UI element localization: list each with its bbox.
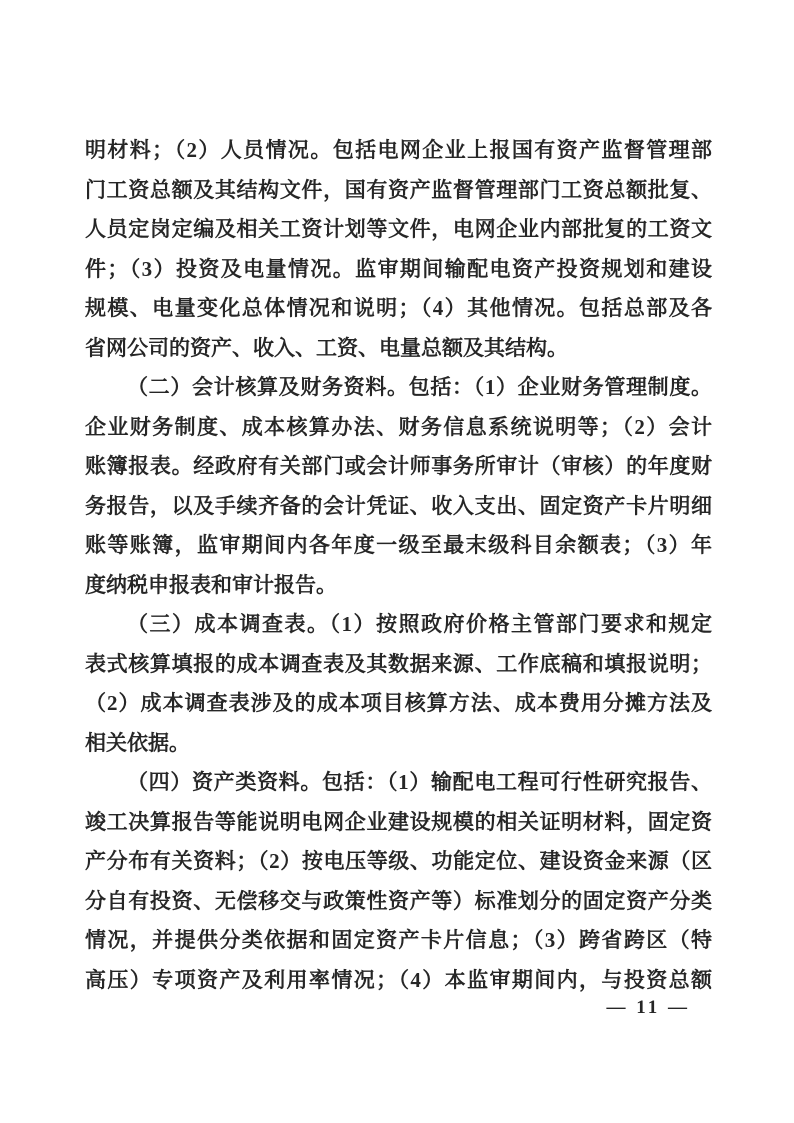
page-number: — 11 — [607,997,690,1019]
paragraph-continuation: 明材料；（2）人员情况。包括电网企业上报国有资产监督管理部 门工资总额及其结构文… [85,131,712,368]
text-line: （三）成本调查表。（1）按照政府价格主管部门要求和规定 [85,605,712,645]
text-line: 人员定岗定编及相关工资计划等文件，电网企业内部批复的工资文 [85,210,712,250]
paragraph-item-3: （三）成本调查表。（1）按照政府价格主管部门要求和规定 表式核算填报的成本调查表… [85,605,712,763]
text-line: （2）成本调查表涉及的成本项目核算方法、成本费用分摊方法及 [85,684,712,724]
text-line: 分自有投资、无偿移交与政策性资产等）标准划分的固定资产分类 [85,882,712,922]
text-line: 相关依据。 [85,724,712,764]
paragraph-item-4: （四）资产类资料。包括：（1）输配电工程可行性研究报告、 竣工决算报告等能说明电… [85,763,712,1000]
text-line: 省网公司的资产、收入、工资、电量总额及其结构。 [85,329,712,369]
text-line: 账等账簿，监审期间内各年度一级至最末级科目余额表；（3）年 [85,526,712,566]
text-line: 件；（3）投资及电量情况。监审期间输配电资产投资规划和建设 [85,250,712,290]
text-line: （二）会计核算及财务资料。包括：（1）企业财务管理制度。 [85,368,712,408]
text-line: 规模、电量变化总体情况和说明；（4）其他情况。包括总部及各 [85,289,712,329]
text-line: 门工资总额及其结构文件，国有资产监督管理部门工资总额批复、 [85,171,712,211]
body-text-block: 明材料；（2）人员情况。包括电网企业上报国有资产监督管理部 门工资总额及其结构文… [85,131,712,1000]
text-line: 情况，并提供分类依据和固定资产卡片信息；（3）跨省跨区（特 [85,921,712,961]
paragraph-item-2: （二）会计核算及财务资料。包括：（1）企业财务管理制度。 企业财务制度、成本核算… [85,368,712,605]
text-line: 务报告，以及手续齐备的会计凭证、收入支出、固定资产卡片明细 [85,487,712,527]
text-line: 竣工决算报告等能说明电网企业建设规模的相关证明材料，固定资 [85,803,712,843]
text-line: 明材料；（2）人员情况。包括电网企业上报国有资产监督管理部 [85,131,712,171]
text-line: 企业财务制度、成本核算办法、财务信息系统说明等；（2）会计 [85,408,712,448]
text-line: （四）资产类资料。包括：（1）输配电工程可行性研究报告、 [85,763,712,803]
document-page: 明材料；（2）人员情况。包括电网企业上报国有资产监督管理部 门工资总额及其结构文… [0,0,794,1123]
text-line: 表式核算填报的成本调查表及其数据来源、工作底稿和填报说明； [85,645,712,685]
text-line: 产分布有关资料；（2）按电压等级、功能定位、建设资金来源（区 [85,842,712,882]
text-line: 度纳税申报表和审计报告。 [85,566,712,606]
text-line: 高压）专项资产及利用率情况；（4）本监审期间内，与投资总额 [85,961,712,1001]
text-line: 账簿报表。经政府有关部门或会计师事务所审计（审核）的年度财 [85,447,712,487]
